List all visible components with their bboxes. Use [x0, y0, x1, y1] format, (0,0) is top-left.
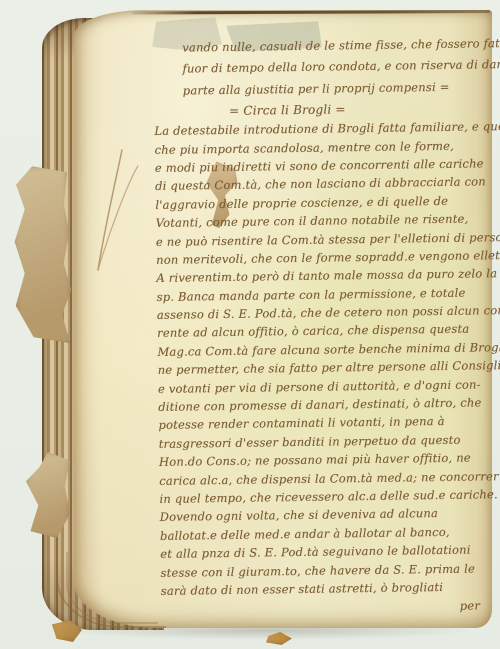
body-paragraph: La detestabile introdutione di Brogli fa…: [149, 117, 500, 600]
opening-paragraph: vando nulle, casuali de le stime fisse, …: [148, 33, 493, 102]
page-top-edge: [132, 10, 490, 15]
margin-flourish-stroke: [86, 142, 146, 282]
manuscript-scan: vando nulle, casuali de le stime fisse, …: [0, 0, 500, 649]
torn-page-fragment: [26, 452, 70, 538]
handwritten-text: vando nulle, casuali de le stime fisse, …: [148, 33, 500, 620]
manuscript-page: vando nulle, casuali de le stime fisse, …: [74, 10, 492, 628]
